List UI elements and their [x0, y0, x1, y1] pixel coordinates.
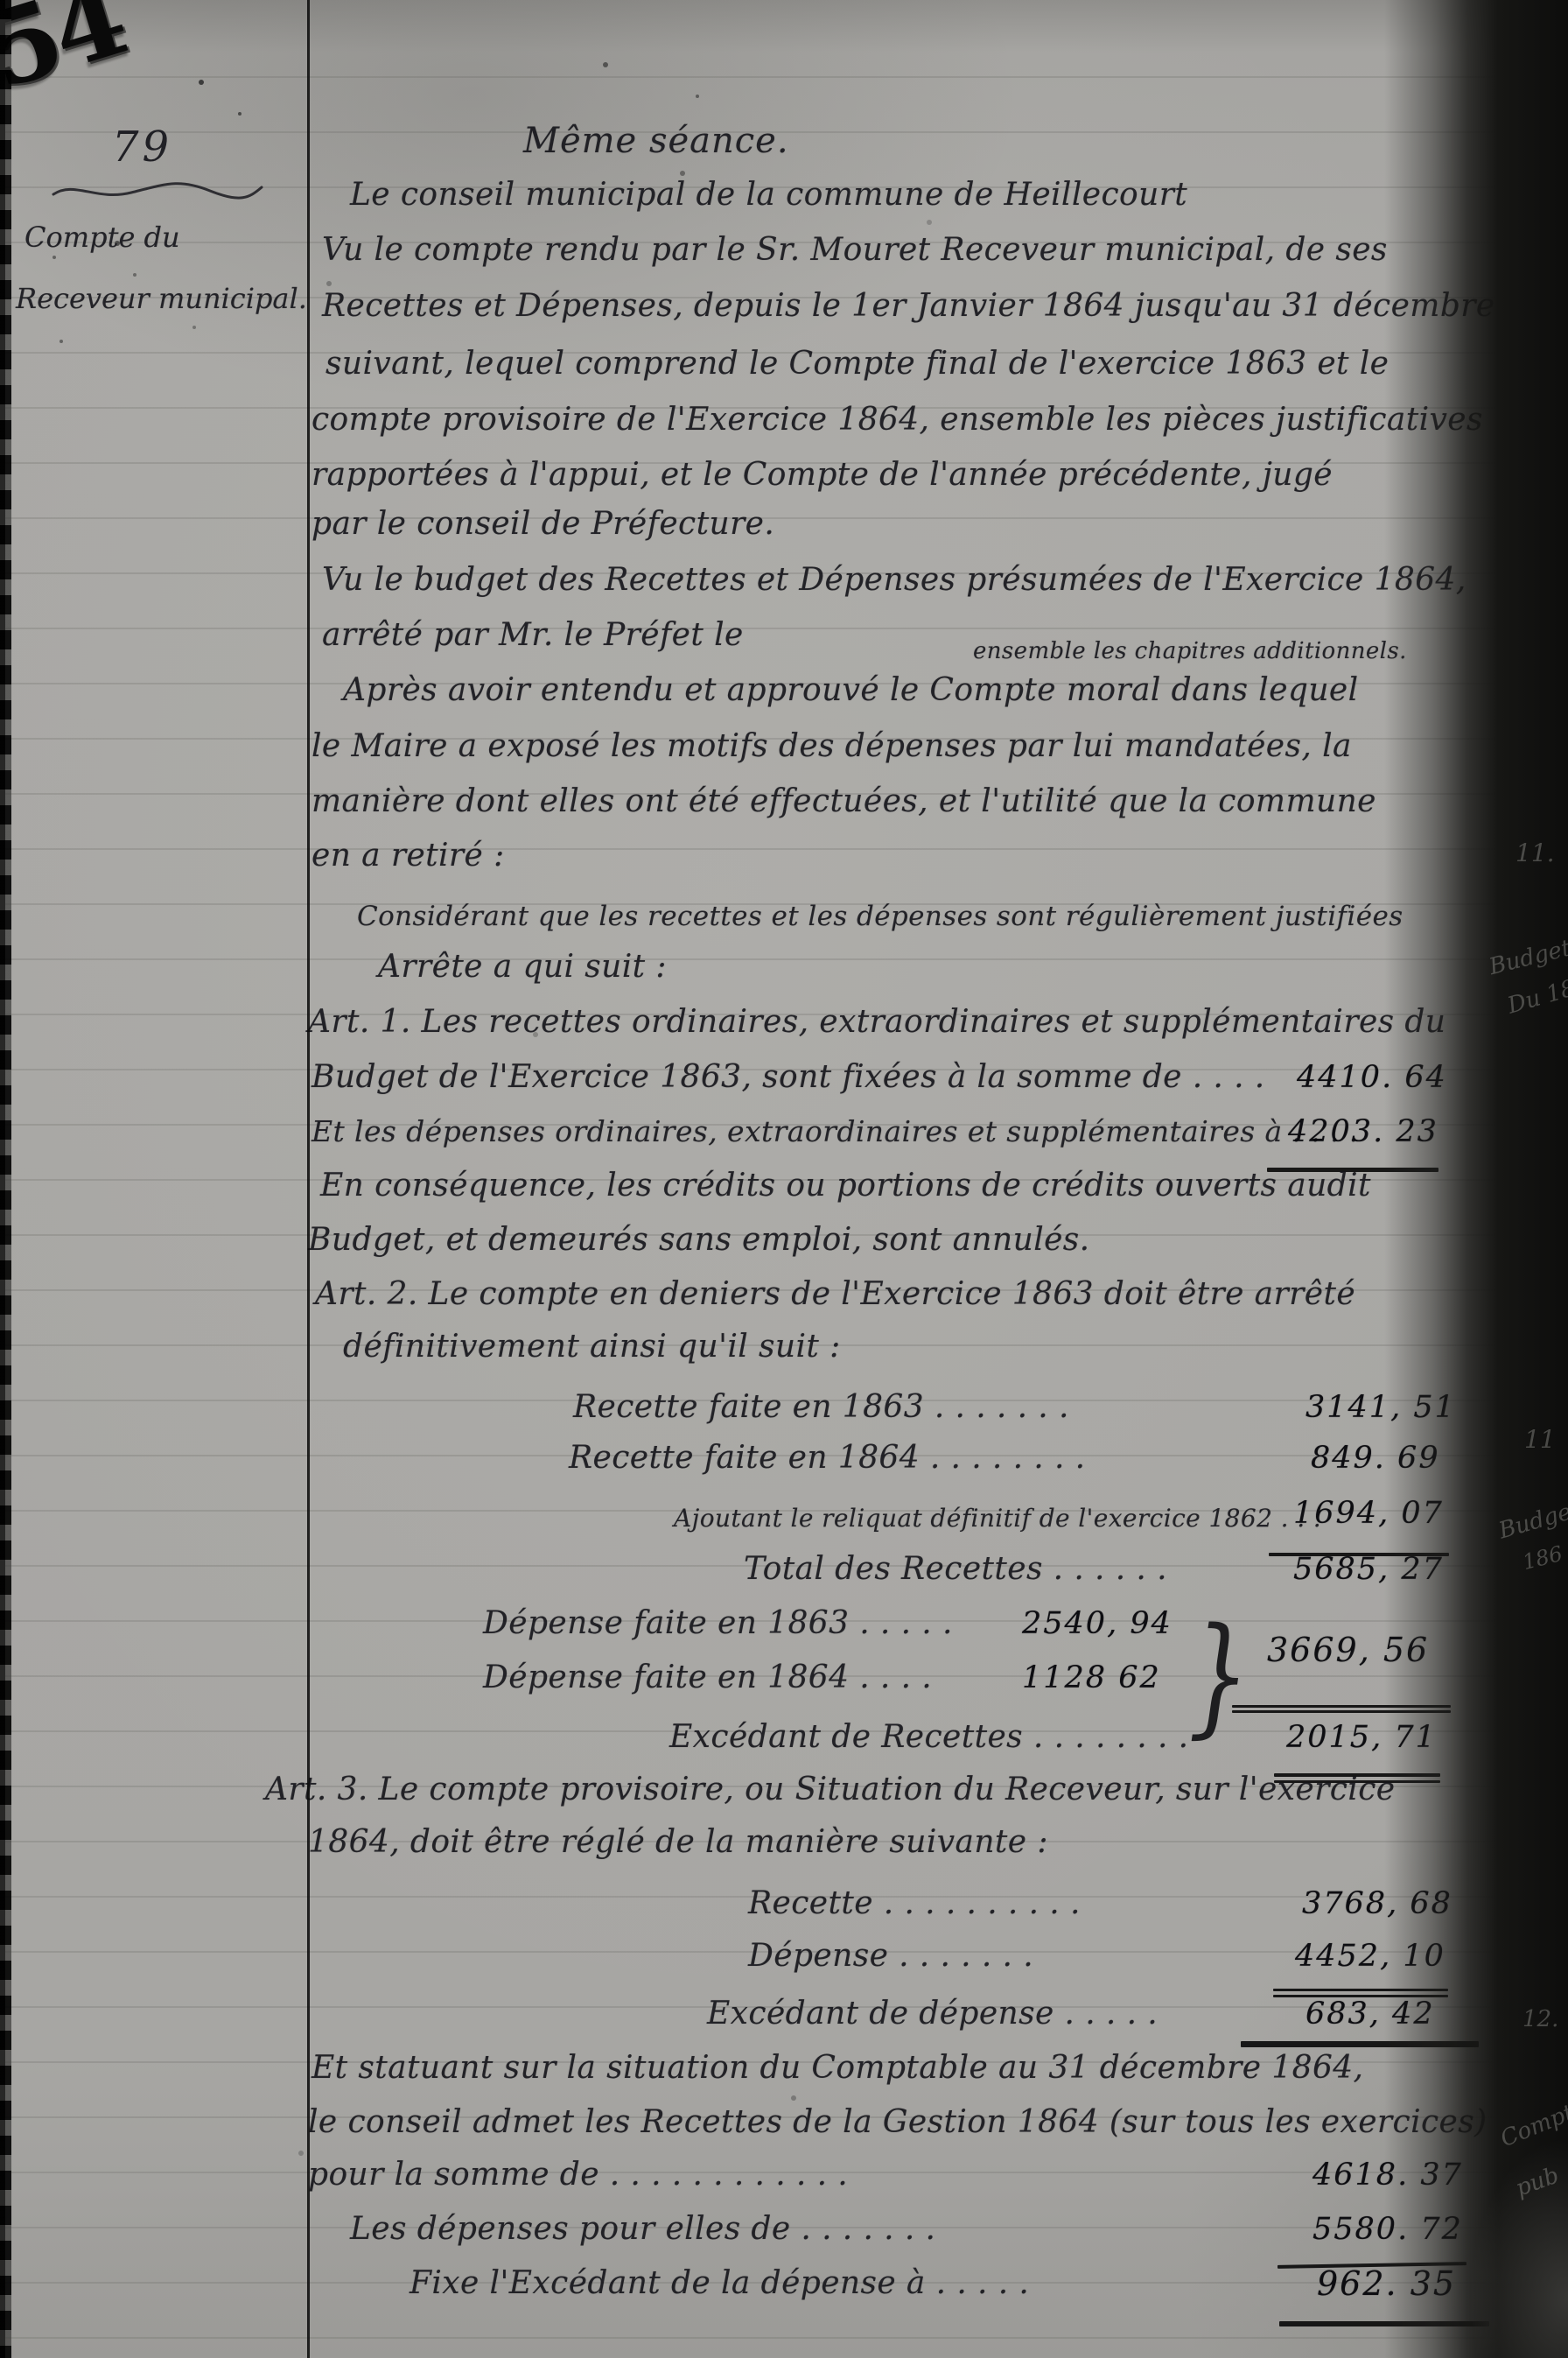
- text-line: Après avoir entendu et approuvé le Compt…: [343, 670, 1359, 711]
- amount-value: 1128 62: [1022, 1658, 1161, 1698]
- amount-value: 2540, 94: [1022, 1604, 1172, 1644]
- gutter-fragment: 11: [1524, 1425, 1556, 1454]
- line-text: Les dépenses pour elles de . . . . . . .: [350, 2209, 935, 2249]
- text-line: Art. 3. Le compte provisoire, ou Situati…: [265, 1770, 1395, 1810]
- line-text: Dépense . . . . . . .: [748, 1936, 1033, 1976]
- text-line: en a retiré :: [311, 836, 505, 876]
- text-line: arrêté par Mr. le Préfet le: [322, 615, 744, 656]
- text-line: Vu le budget des Recettes et Dépenses pr…: [322, 560, 1466, 600]
- text-line: En conséquence, les crédits ou portions …: [320, 1166, 1371, 1206]
- line-text: Recette faite en 1864 . . . . . . . .: [569, 1438, 1086, 1478]
- line-text: Excédant de dépense . . . . .: [707, 1994, 1158, 2034]
- text-line: par le conseil de Préfecture.: [311, 504, 774, 544]
- text-line: 1864, doit être réglé de la manière suiv…: [308, 1822, 1048, 1863]
- line-text: Et les dépenses ordinaires, extraordinai…: [311, 1112, 1359, 1152]
- margin-note-line1: Compte du: [24, 221, 180, 254]
- text-line: rapportées à l'appui, et le Compte de l'…: [311, 455, 1333, 495]
- line-text: Excédant de Recettes . . . . . . . .: [669, 1717, 1189, 1758]
- line-text: pour la somme de . . . . . . . . . . . .: [308, 2155, 848, 2195]
- text-line: le conseil admet les Recettes de la Gest…: [308, 2102, 1487, 2143]
- text-line: compte provisoire de l'Exercice 1864, en…: [311, 400, 1483, 440]
- line-text: Recette . . . . . . . . . .: [748, 1884, 1081, 1924]
- flourish-underline: [48, 172, 267, 207]
- text-line: Considérant que les recettes et les dépe…: [357, 896, 1403, 937]
- corner-stamp-number: 54: [0, 0, 136, 112]
- text-line: manière dont elles ont été effectuées, e…: [311, 782, 1376, 822]
- text-line: Vu le compte rendu par le Sr. Mouret Rec…: [322, 230, 1388, 270]
- text-line: Art. 1. Les recettes ordinaires, extraor…: [308, 1002, 1445, 1042]
- text-line: suivant, lequel comprend le Compte final…: [325, 344, 1389, 384]
- text-line: Arrête a qui suit :: [378, 947, 667, 987]
- text-line: définitivement ainsi qu'il suit :: [343, 1327, 841, 1367]
- line-text: Fixe l'Excédant de la dépense à . . . . …: [409, 2263, 1029, 2304]
- margin-rule-line: [307, 0, 310, 2358]
- text-line: Art. 2. Le compte en deniers de l'Exerci…: [315, 1274, 1355, 1315]
- text-line: le Maire a exposé les motifs des dépense…: [311, 726, 1352, 767]
- margin-note-line2: Receveur municipal.: [16, 282, 307, 315]
- page-number: 79: [112, 123, 172, 172]
- section-heading: Même séance.: [523, 121, 789, 161]
- text-line: Le conseil municipal de la commune de He…: [350, 175, 1187, 215]
- book-gutter: [1384, 0, 1568, 2358]
- line-text: Dépense faite en 1864 . . . .: [483, 1658, 932, 1698]
- line-text: Total des Recettes . . . . . .: [744, 1549, 1167, 1590]
- line-text: Dépense faite en 1863 . . . . .: [483, 1604, 953, 1644]
- gutter-highlight: [1437, 2057, 1568, 2358]
- text-line: Recettes et Dépenses, depuis le 1er Janv…: [322, 286, 1495, 326]
- line-text: Ajoutant le reliquat définitif de l'exer…: [674, 1498, 1321, 1539]
- scan-left-edge: [0, 0, 11, 2358]
- line-text: Recette faite en 1863 . . . . . . .: [573, 1387, 1069, 1428]
- scanned-register-page: 79 Compte du Receveur municipal. Même sé…: [0, 0, 1568, 2358]
- text-line: Et statuant sur la situation du Comptabl…: [311, 2048, 1363, 2088]
- text-line-addendum: ensemble les chapitres additionnels.: [973, 636, 1407, 666]
- gutter-fragment: 12.: [1522, 2006, 1558, 2032]
- gutter-fragment: 11.: [1515, 839, 1555, 867]
- line-text: Budget de l'Exercice 1863, sont fixées à…: [311, 1057, 1265, 1098]
- grouping-brace: }: [1188, 1600, 1250, 1751]
- text-line: Budget, et demeurés sans emploi, sont an…: [308, 1220, 1090, 1260]
